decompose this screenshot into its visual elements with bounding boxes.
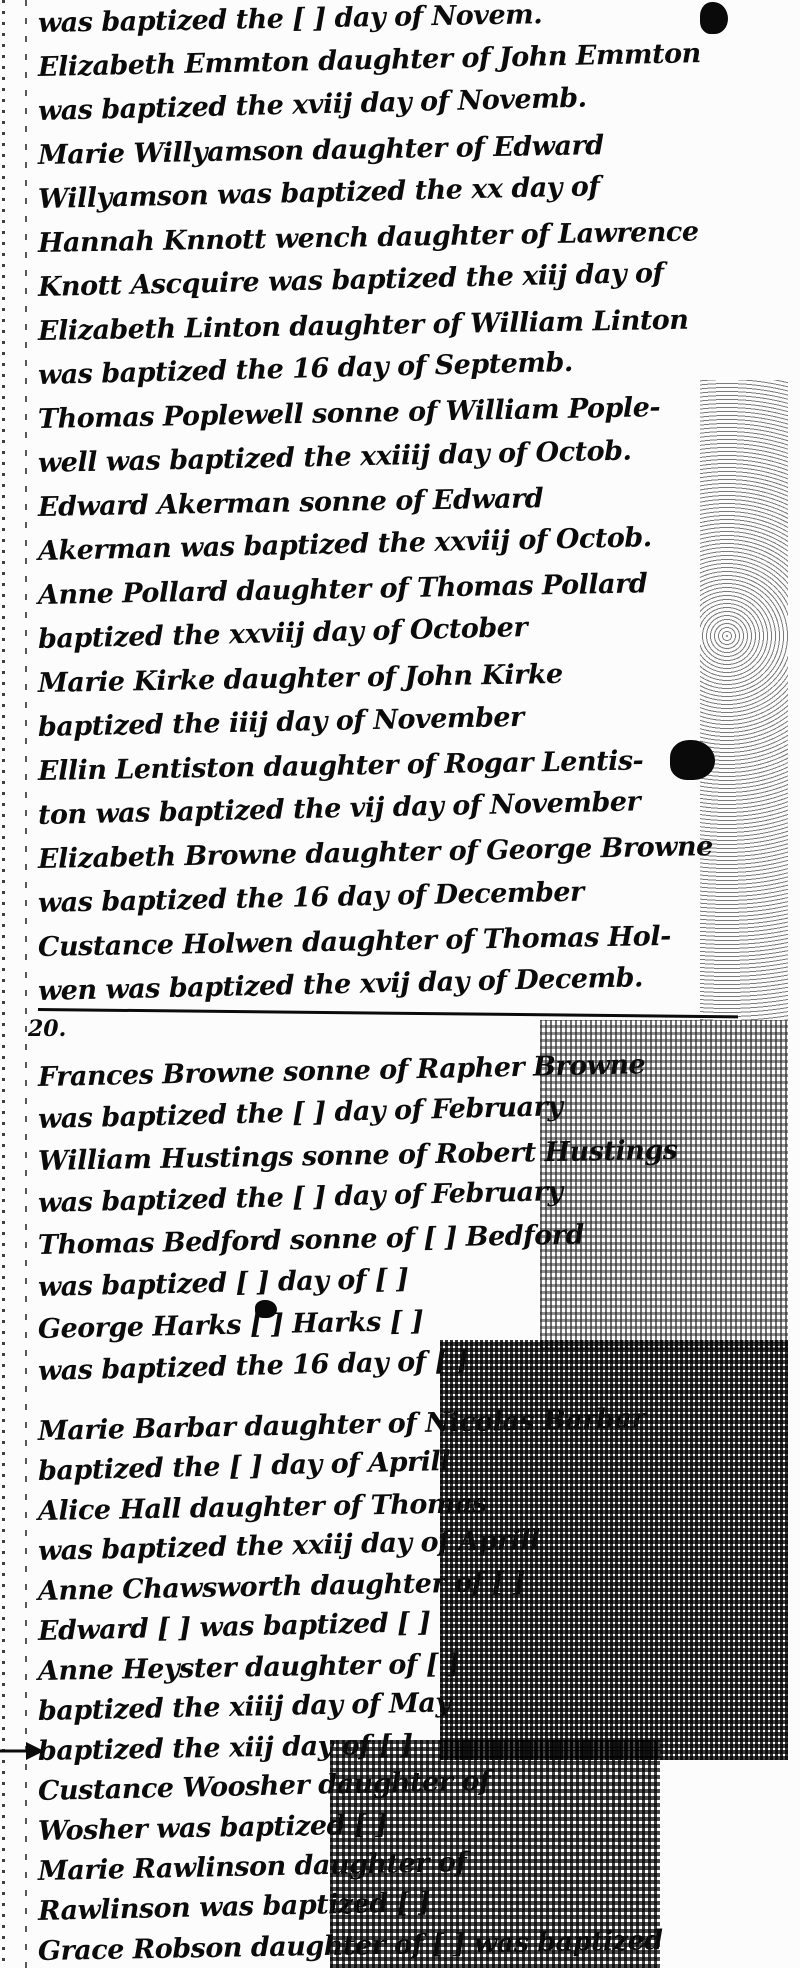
register-entry-line: was baptized the [ ] day of Novem. (38, 0, 543, 39)
register-entry-line: was baptized the [ ] day of February (38, 1091, 563, 1135)
register-entry-line: baptized the iiij day of November (38, 702, 524, 743)
register-entry-line: was baptized [ ] day of [ ] (38, 1264, 409, 1303)
register-entry-line: ton was baptized the vij day of November (38, 786, 641, 831)
register-entry-line: Elizabeth Emmton daughter of John Emmton (38, 38, 701, 83)
section-marker: 20. (28, 1016, 66, 1042)
register-entry-line: baptized the xxviij day of October (38, 612, 528, 655)
register-entry-line: Hannah Knnott wench daughter of Lawrence (38, 216, 699, 259)
register-entry-line: George Harks [ ] Harks [ ] (38, 1306, 424, 1345)
register-entry-line: baptized the xiij day of [ ] (38, 1729, 413, 1767)
register-entry-line: Willyamson was baptized the xx day of (38, 171, 600, 215)
register-entry-line: Anne Pollard daughter of Thomas Pollard (38, 568, 648, 611)
register-entry-line: was baptized the [ ] day of February (38, 1176, 563, 1219)
margin-rule-line (25, 0, 27, 1968)
register-entry-line: Anne Heyster daughter of [ ] (38, 1649, 460, 1687)
register-entry-line: Marie Kirke daughter of John Kirke (38, 659, 563, 699)
register-entry-line: was baptized the 16 day of December (38, 877, 584, 919)
register-entry-line: well was baptized the xxiiij day of Octo… (38, 436, 632, 479)
register-entry-line: baptized the [ ] day of Aprill (38, 1446, 451, 1487)
scan-noise-upper-right (700, 380, 790, 1020)
manuscript-page: was baptized the [ ] day of Novem.Elizab… (0, 0, 800, 1968)
register-entry-line: Ellin Lentiston daughter of Rogar Lentis… (38, 745, 644, 787)
register-entry-line: Akerman was baptized the xxviij of Octob… (38, 522, 652, 567)
register-entry-line: was baptized the xviij day of Novemb. (38, 83, 587, 127)
register-entry-line: baptized the xiiij day of May (38, 1687, 451, 1727)
margin-arrow-icon (0, 1738, 46, 1764)
register-entry-line: Thomas Poplewell sonne of William Pople- (38, 392, 661, 435)
register-entry-line: Elizabeth Linton daughter of William Lin… (38, 305, 689, 347)
register-entry-line: was baptized the 16 day of Septemb. (38, 347, 573, 391)
register-entry-line: Alice Hall daughter of Thomas (38, 1488, 487, 1527)
register-entry-line: Marie Willyamson daughter of Edward (38, 130, 604, 171)
scan-edge-left (2, 0, 5, 1968)
register-entry-line: Custance Holwen daughter of Thomas Hol- (38, 921, 671, 963)
ink-blot-top-right (700, 2, 728, 34)
register-entry-line: Thomas Bedford sonne of [ ] Bedford (38, 1220, 584, 1261)
section-divider-rule (38, 1008, 738, 1018)
scan-edge-right (788, 0, 800, 1968)
register-entry-line: Edward Akerman sonne of Edward (38, 483, 544, 523)
register-entry-line: was baptized the 16 day of [ ] (38, 1345, 469, 1387)
register-entry-line: wen was baptized the xvij day of Decemb. (38, 962, 644, 1007)
ink-blot-middle-right (670, 740, 715, 780)
register-entry-line: Edward [ ] was baptized [ ] (38, 1607, 431, 1647)
register-entry-line: Elizabeth Browne daughter of George Brow… (38, 831, 713, 875)
register-entry-line: Knott Ascquire was baptized the xiij day… (38, 258, 664, 303)
